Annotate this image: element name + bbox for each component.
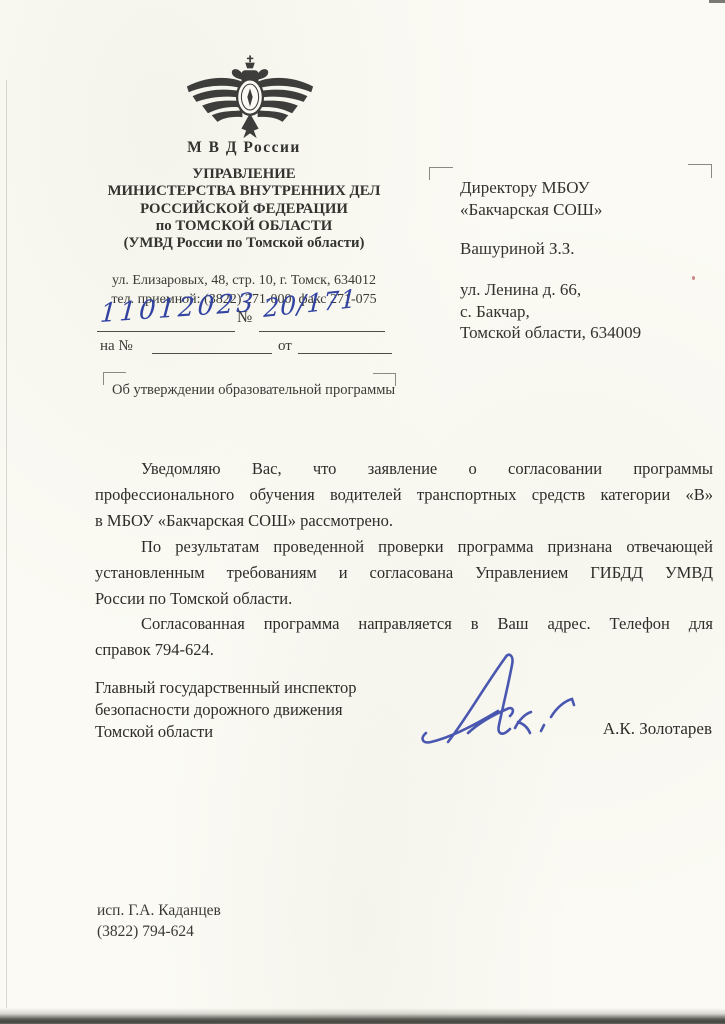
signer-title-line: Главный государственный инспектор — [95, 677, 425, 699]
org-line: по ТОМСКОЙ ОБЛАСТИ — [69, 218, 419, 235]
scanned-letter-page: М В Д России УПРАВЛЕНИЕ МИНИСТЕРСТВА ВНУ… — [0, 0, 725, 1024]
recipient-corner-mark-left — [429, 167, 453, 180]
signer-title: Главный государственный инспектор безопа… — [95, 677, 425, 744]
body-line: России по Томской области. — [95, 586, 713, 612]
number-underline — [259, 331, 385, 332]
body-line: в МБОУ «Бакчарская СОШ» рассмотрено. — [95, 508, 713, 534]
body-line: справок 794-624. — [95, 637, 713, 663]
org-line: (УМВД России по Томской области) — [69, 235, 419, 252]
executor-name: исп. Г.А. Каданцев — [97, 901, 221, 922]
body-line: Уведомляю Вас, что заявление о согласова… — [95, 456, 713, 482]
scan-corner-mark — [709, 0, 725, 3]
signer-title-line: Томской области — [95, 721, 425, 743]
reply-number-underline — [152, 353, 272, 354]
scan-bottom-edge — [0, 1008, 725, 1024]
signer-name: А.К. Золотарев — [512, 719, 712, 739]
recipient-address-line: с. Бакчар, — [460, 301, 710, 323]
body-line: Согласованная программа направляется в В… — [95, 611, 713, 637]
letter-body: Уведомляю Вас, что заявление о согласова… — [95, 456, 713, 663]
org-line: УПРАВЛЕНИЕ — [69, 166, 419, 183]
scan-left-edge — [6, 80, 7, 1008]
org-line: МИНИСТЕРСТВА ВНУТРЕННИХ ДЕЛ — [69, 183, 419, 200]
reply-from-label: от — [278, 338, 292, 355]
recipient-corner-mark-right — [688, 164, 712, 178]
body-line: профессионального обучения водителей тра… — [95, 482, 713, 508]
body-line: По результатам проведенной проверки прог… — [95, 534, 713, 560]
subject-line: Об утверждении образовательной программы — [112, 382, 412, 399]
org-short-name: М В Д России — [69, 139, 419, 157]
signer-title-line: безопасности дорожного движения — [95, 699, 425, 721]
mvd-double-headed-eagle-icon — [183, 54, 317, 142]
org-line: РОССИЙСКОЙ ФЕДЕРАЦИИ — [69, 201, 419, 218]
recipient-address-line: Томской области, 634009 — [460, 322, 710, 344]
recipient-address-line: ул. Ленина д. 66, — [460, 279, 710, 301]
date-underline — [97, 331, 235, 332]
recipient-org-line: Директору МБОУ — [460, 177, 710, 199]
org-name-block: УПРАВЛЕНИЕ МИНИСТЕРСТВА ВНУТРЕННИХ ДЕЛ Р… — [69, 166, 419, 252]
reply-to-number-label: на № — [100, 338, 133, 355]
number-sign-label: № — [237, 309, 252, 327]
body-line: установленным требованиям и согласована … — [95, 560, 713, 586]
executor-phone: (3822) 794-624 — [97, 922, 221, 943]
executor-block: исп. Г.А. Каданцев (3822) 794-624 — [97, 901, 221, 942]
recipient-name: Вашуриной З.З. — [460, 239, 710, 259]
signature-handwriting — [418, 643, 596, 761]
recipient-organization: Директору МБОУ «Бакчарская СОШ» — [460, 177, 710, 221]
recipient-org-line: «Бакчарская СОШ» — [460, 199, 710, 221]
recipient-address: ул. Ленина д. 66, с. Бакчар, Томской обл… — [460, 279, 710, 344]
reply-date-underline — [298, 353, 392, 354]
